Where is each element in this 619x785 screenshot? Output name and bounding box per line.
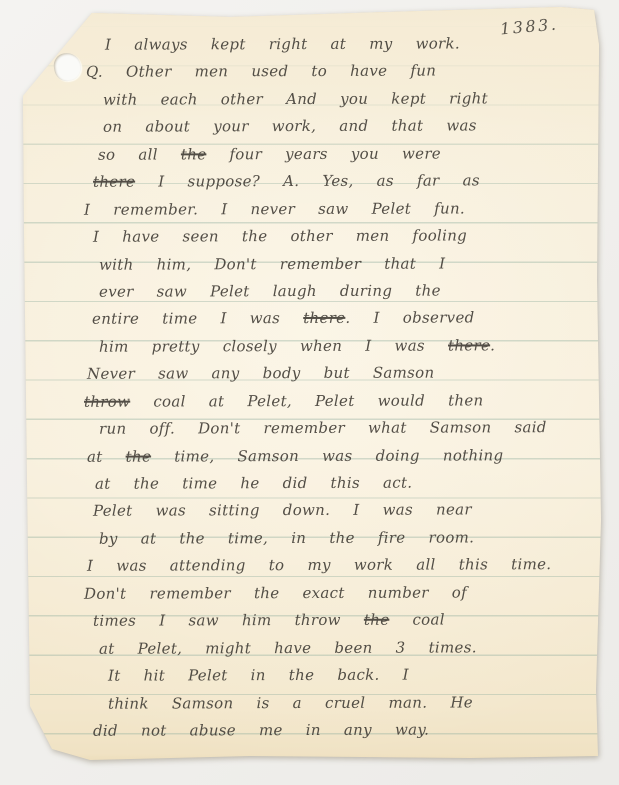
handwriting-line: I remember. I never saw Pelet fun.	[0, 195, 600, 225]
handwriting-line: by at the time, in the fire room.	[0, 524, 600, 554]
handwriting-line: with each other And you kept right	[0, 85, 600, 115]
word-segment: at	[87, 447, 126, 465]
word-segment: by at the time, in the fire room.	[99, 528, 474, 547]
struck-word: there	[93, 173, 135, 191]
word-segment: run off. Don't remember what Samson said	[99, 418, 547, 438]
word-segment: . I observed	[345, 309, 474, 327]
struck-word: there	[303, 309, 345, 327]
word-segment: times I saw him throw	[93, 611, 364, 630]
word-segment: Never saw any body but Samson	[87, 364, 435, 383]
struck-word: the	[364, 611, 390, 629]
word-segment: with each other And you kept right	[103, 89, 488, 108]
word-segment: I was attending to my work all this time…	[87, 555, 551, 575]
handwriting-lines: I always kept right at my work.Q. Other …	[0, 31, 600, 744]
handwriting-line: ever saw Pelet laugh during the	[0, 277, 600, 307]
word-segment: It hit Pelet in the back. I	[108, 666, 409, 685]
handwriting-line: at the time he did this act.	[0, 469, 600, 499]
word-segment: .	[490, 336, 495, 354]
word-segment: Pelet was sitting down. I was near	[93, 501, 472, 520]
handwriting-line: Q. Other men used to have fun	[0, 57, 600, 87]
word-segment: did not abuse me in any way.	[93, 720, 429, 739]
word-segment: four years you were	[206, 144, 441, 163]
handwriting-line: Never saw any body but Samson	[0, 359, 600, 389]
handwriting-line: Don't remember the exact number of	[0, 579, 600, 609]
handwriting-line: at the time, Samson was doing nothing	[0, 442, 600, 472]
word-segment: him pretty closely when I was	[99, 336, 448, 355]
struck-word: there	[448, 336, 490, 354]
word-segment: so all	[98, 145, 181, 163]
word-segment: Q. Other men used to have fun	[86, 62, 436, 81]
handwriting-line: think Samson is a cruel man. He	[0, 688, 600, 718]
handwriting-line: times I saw him throw the coal	[0, 606, 600, 636]
word-segment: on about your work, and that was	[103, 117, 477, 136]
handwriting-line: throw coal at Pelet, Pelet would then	[0, 387, 600, 417]
handwriting-line: so all the four years you were	[0, 140, 600, 170]
word-segment: time, Samson was doing nothing	[151, 446, 503, 465]
word-segment: coal	[389, 611, 445, 629]
word-segment: I suppose? A. Yes, as far as	[135, 172, 480, 191]
word-segment: Don't remember the exact number of	[84, 583, 467, 602]
handwriting-line: Pelet was sitting down. I was near	[0, 496, 600, 526]
word-segment: with him, Don't remember that I	[99, 254, 445, 273]
handwriting-line: at Pelet, might have been 3 times.	[0, 634, 600, 664]
word-segment: at Pelet, might have been 3 times.	[99, 638, 477, 657]
word-segment: I always kept right at my work.	[105, 34, 460, 53]
handwriting-line: I was attending to my work all this time…	[0, 551, 600, 581]
handwriting-line: I always kept right at my work.	[0, 30, 600, 60]
handwriting-line: It hit Pelet in the back. I	[0, 661, 600, 691]
word-segment: I have seen the other men fooling	[93, 226, 467, 245]
scan-background: 1383. I always kept right at my work.Q. …	[0, 0, 619, 785]
handwriting-line: entire time I was there. I observed	[0, 304, 600, 334]
word-segment: at the time he did this act.	[95, 474, 412, 493]
word-segment: coal at Pelet, Pelet would then	[130, 391, 483, 410]
paper-shadow-wrap: 1383. I always kept right at my work.Q. …	[0, 0, 619, 785]
word-segment: think Samson is a cruel man. He	[108, 693, 473, 712]
handwriting-line: him pretty closely when I was there.	[0, 332, 600, 362]
handwriting-line: on about your work, and that was	[0, 112, 600, 142]
handwriting-line: did not abuse me in any way.	[0, 716, 600, 746]
document-page: 1383. I always kept right at my work.Q. …	[0, 0, 619, 785]
handwriting-line: I have seen the other men fooling	[0, 222, 600, 252]
struck-word: throw	[84, 392, 130, 410]
handwriting-line: there I suppose? A. Yes, as far as	[0, 167, 600, 197]
struck-word: the	[126, 447, 152, 465]
word-segment: ever saw Pelet laugh during the	[99, 281, 441, 300]
handwriting-line: with him, Don't remember that I	[0, 249, 600, 279]
handwriting-line: run off. Don't remember what Samson said	[0, 414, 600, 444]
struck-word: the	[181, 145, 207, 163]
word-segment: I remember. I never saw Pelet fun.	[84, 199, 465, 218]
word-segment: entire time I was	[92, 309, 303, 328]
